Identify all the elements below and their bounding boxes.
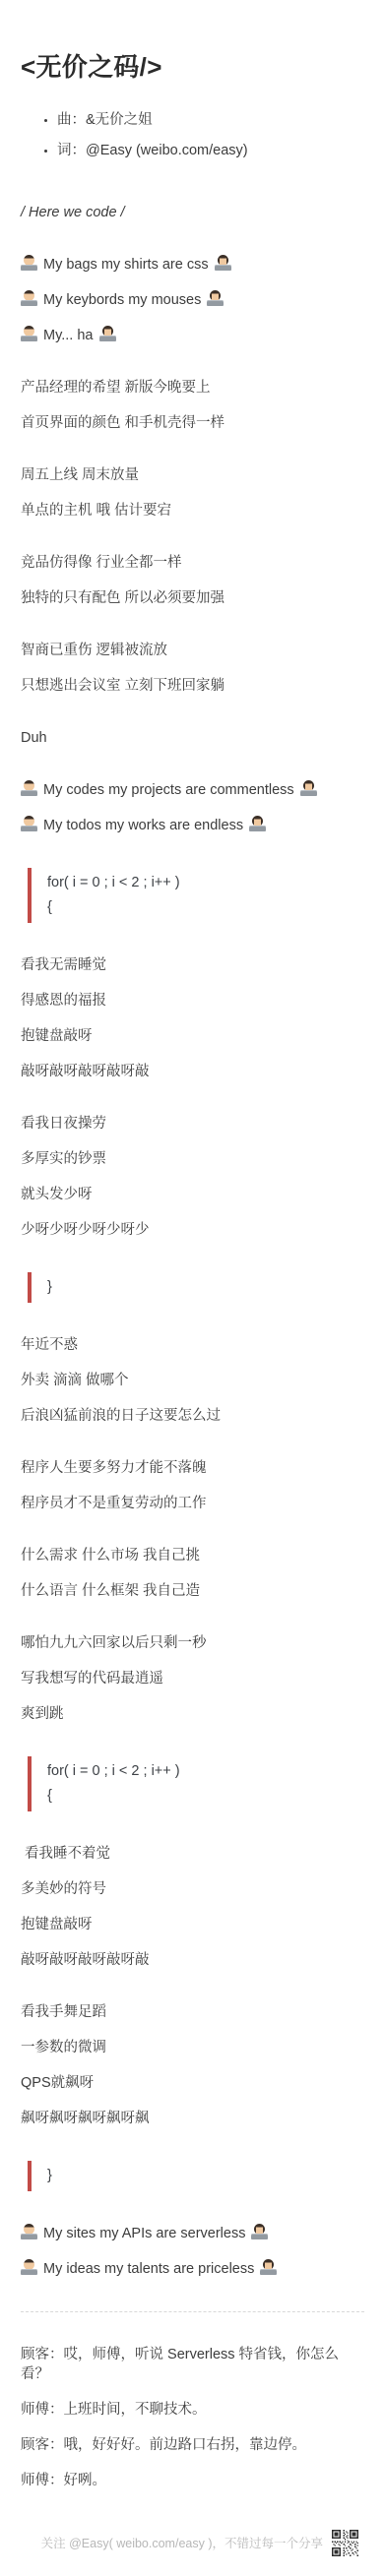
footer-text: 关注 @Easy( weibo.com/easy )，不错过每一个分享 — [41, 2536, 323, 2551]
lyric-line: 就头发少呀 — [21, 1185, 364, 1204]
chorus-english: My codes my projects are commentlessMy t… — [21, 780, 364, 835]
lyric-line-text: My bags my shirts are css — [43, 257, 209, 273]
lyric-line: My... ha — [21, 326, 364, 345]
man-technologist-emoji — [21, 326, 37, 341]
woman-technologist-emoji — [207, 290, 224, 306]
verse: Duh — [21, 728, 364, 748]
man-technologist-emoji — [21, 290, 37, 306]
credit-item-composer: 曲：&无价之姐 — [57, 110, 364, 130]
lyric-line: 后浪凶猛前浪的日子这要怎么过 — [21, 1406, 364, 1426]
lyric-line: 哪怕九九六回家以后只剩一秒 — [21, 1633, 364, 1653]
lyric-line: 独特的只有配色 所以必须要加强 — [21, 588, 364, 608]
dialogue: 顾客：哎，师傅，听说 Serverless 特省钱，你怎么看？师傅：上班时间，不… — [21, 2345, 364, 2490]
lyric-line: Duh — [21, 728, 364, 748]
lyric-line: My codes my projects are commentless — [21, 780, 364, 800]
chorus-english: My sites my APIs are serverlessMy ideas … — [21, 2224, 364, 2279]
footer-note: 关注 @Easy( weibo.com/easy )，不错过每一个分享 — [21, 2530, 358, 2556]
lyric-line: 多厚实的钞票 — [21, 1149, 364, 1169]
verse: 哪怕九九六回家以后只剩一秒写我想写的代码最逍遥爽到跳 — [21, 1633, 364, 1724]
man-technologist-emoji — [21, 2259, 37, 2275]
code-quote-line: } — [47, 2164, 364, 2188]
lyric-line-text: My keybords my mouses — [43, 292, 201, 308]
code-quote-line: { — [47, 1784, 364, 1809]
lyric-line: 看我睡不着觉 — [21, 1844, 364, 1864]
code-quote-line: for( i = 0 ; i < 2 ; i++ ) — [47, 1759, 364, 1784]
lyric-line: 程序员才不是重复劳动的工作 — [21, 1494, 364, 1513]
lyric-line: 什么语言 什么框架 我自己造 — [21, 1581, 364, 1601]
code-quote-line: for( i = 0 ; i < 2 ; i++ ) — [47, 871, 364, 895]
woman-technologist-emoji — [251, 2224, 268, 2239]
code-quote-line: { — [47, 895, 364, 920]
lyric-line: 写我想写的代码最逍遥 — [21, 1669, 364, 1688]
lyric-line: 飙呀飙呀飙呀飙呀飙 — [21, 2109, 364, 2128]
woman-technologist-emoji — [99, 326, 116, 341]
lyric-line: 产品经理的希望 新版今晚要上 — [21, 378, 364, 398]
lyric-line: 一参数的微调 — [21, 2038, 364, 2057]
verse: 看我无需睡觉得感恩的福报抱键盘敲呀敲呀敲呀敲呀敲呀敲 — [21, 955, 364, 1081]
lyric-line-text: My... ha — [43, 328, 94, 343]
lyric-line: 单点的主机 哦 估计要宕 — [21, 501, 364, 521]
lyric-line: 看我日夜操劳 — [21, 1114, 364, 1134]
lyric-line-text: My ideas my talents are priceless — [43, 2261, 254, 2277]
lyric-line: My bags my shirts are css — [21, 255, 364, 275]
code-quote-line: } — [47, 1275, 364, 1300]
lyric-line: 看我无需睡觉 — [21, 955, 364, 975]
woman-technologist-emoji — [300, 780, 317, 796]
verse: 产品经理的希望 新版今晚要上首页界面的颜色 和手机壳得一样 — [21, 378, 364, 433]
man-technologist-emoji — [21, 255, 37, 271]
woman-technologist-emoji — [249, 816, 266, 831]
code-quote-block: for( i = 0 ; i < 2 ; i++ ){ — [28, 868, 364, 923]
lyric-line: 得感恩的福报 — [21, 991, 364, 1011]
lyric-line: QPS就飙呀 — [21, 2073, 364, 2093]
lyric-line-text: My todos my works are endless — [43, 818, 243, 833]
lyric-line: 抱键盘敲呀 — [21, 1026, 364, 1046]
credits-list: 曲：&无价之姐 词：@Easy (weibo.com/easy) — [21, 110, 364, 160]
intro-line: / Here we code / — [21, 203, 364, 222]
lyric-line: My ideas my talents are priceless — [21, 2259, 364, 2279]
dashed-divider — [21, 2311, 364, 2312]
lyric-line: 什么需求 什么市场 我自己挑 — [21, 1546, 364, 1565]
credit-item-lyricist: 词：@Easy (weibo.com/easy) — [57, 141, 364, 160]
article-page: <无价之码/> 曲：&无价之姐 词：@Easy (weibo.com/easy)… — [0, 0, 385, 2576]
qr-code-image — [332, 2530, 358, 2556]
lyric-line: 敲呀敲呀敲呀敲呀敲 — [21, 1950, 364, 1970]
verse: 看我手舞足蹈一参数的微调QPS就飙呀飙呀飙呀飙呀飙呀飙 — [21, 2002, 364, 2128]
lyric-line: 少呀少呀少呀少呀少 — [21, 1220, 364, 1240]
lyric-line-text: My codes my projects are commentless — [43, 782, 294, 798]
man-technologist-emoji — [21, 2224, 37, 2239]
woman-technologist-emoji — [260, 2259, 277, 2275]
code-quote-block: for( i = 0 ; i < 2 ; i++ ){ — [28, 1756, 364, 1811]
code-quote-block: } — [28, 1272, 364, 1303]
dialogue-line: 师傅：好咧。 — [21, 2471, 364, 2490]
dialogue-line: 师傅：上班时间，不聊技术。 — [21, 2400, 364, 2420]
lyric-line: My keybords my mouses — [21, 290, 364, 310]
lyric-line: 抱键盘敲呀 — [21, 1915, 364, 1934]
lyric-line: 智商已重伤 逻辑被流放 — [21, 641, 364, 660]
lyric-line: 爽到跳 — [21, 1704, 364, 1724]
lyric-line: 看我手舞足蹈 — [21, 2002, 364, 2022]
lyrics-content: My bags my shirts are cssMy keybords my … — [21, 255, 364, 2490]
verse: 程序人生要多努力才能不落魄程序员才不是重复劳动的工作 — [21, 1458, 364, 1513]
verse: 看我日夜操劳多厚实的钞票就头发少呀少呀少呀少呀少呀少 — [21, 1114, 364, 1240]
verse: 什么需求 什么市场 我自己挑什么语言 什么框架 我自己造 — [21, 1546, 364, 1601]
lyric-line: 多美妙的符号 — [21, 1879, 364, 1899]
lyric-line: 敲呀敲呀敲呀敲呀敲 — [21, 1062, 364, 1081]
lyric-line: 周五上线 周末放量 — [21, 465, 364, 485]
code-quote-block: } — [28, 2161, 364, 2191]
chorus-english: My bags my shirts are cssMy keybords my … — [21, 255, 364, 345]
lyric-line: 外卖 滴滴 做哪个 — [21, 1371, 364, 1390]
verse: 周五上线 周末放量单点的主机 哦 估计要宕 — [21, 465, 364, 521]
lyric-line: 程序人生要多努力才能不落魄 — [21, 1458, 364, 1478]
lyric-line: 首页界面的颜色 和手机壳得一样 — [21, 413, 364, 433]
lyric-line: My sites my APIs are serverless — [21, 2224, 364, 2243]
verse: 看我睡不着觉多美妙的符号抱键盘敲呀敲呀敲呀敲呀敲呀敲 — [21, 1844, 364, 1970]
man-technologist-emoji — [21, 816, 37, 831]
lyric-line: 只想逃出会议室 立刻下班回家躺 — [21, 676, 364, 696]
lyric-line-text: My sites my APIs are serverless — [43, 2226, 245, 2241]
verse: 年近不惑外卖 滴滴 做哪个后浪凶猛前浪的日子这要怎么过 — [21, 1335, 364, 1426]
page-title: <无价之码/> — [21, 51, 364, 83]
lyric-line: 竞品仿得像 行业全都一样 — [21, 553, 364, 573]
man-technologist-emoji — [21, 780, 37, 796]
dialogue-line: 顾客：哎，师傅，听说 Serverless 特省钱，你怎么看？ — [21, 2345, 364, 2384]
verse: 竞品仿得像 行业全都一样独特的只有配色 所以必须要加强 — [21, 553, 364, 608]
verse: 智商已重伤 逻辑被流放只想逃出会议室 立刻下班回家躺 — [21, 641, 364, 696]
lyric-line: My todos my works are endless — [21, 816, 364, 835]
lyric-line: 年近不惑 — [21, 1335, 364, 1355]
woman-technologist-emoji — [215, 255, 231, 271]
dialogue-line: 顾客：哦，好好好。前边路口右拐，靠边停。 — [21, 2435, 364, 2455]
